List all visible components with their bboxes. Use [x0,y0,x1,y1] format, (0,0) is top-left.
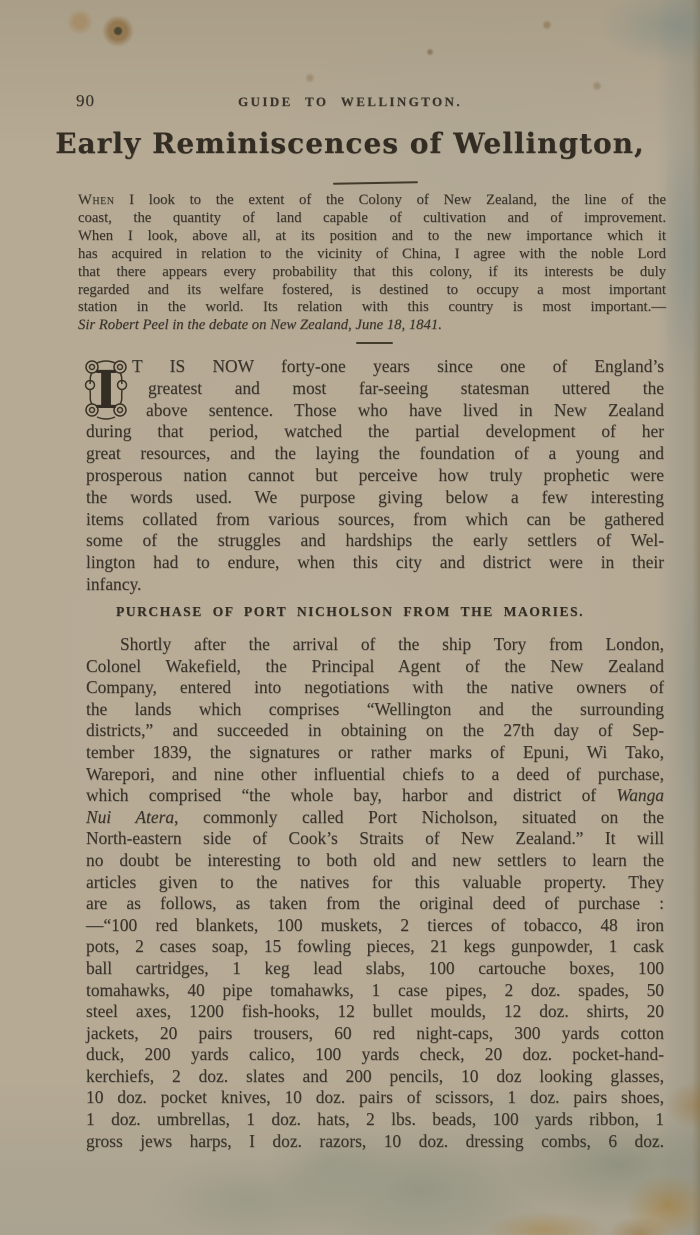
divider-rule [333,181,418,185]
text-line: station in the world. Its relation with … [78,299,666,317]
text-line: Nui Atera, commonly called Port Nicholso… [86,807,664,829]
text-line: regarded and its welfare fostered, is de… [78,282,666,300]
text-line: great resources, and the laying the foun… [86,443,664,465]
text-line: jackets, 20 pairs trousers, 60 red night… [86,1023,664,1045]
text-line: which comprised “the whole bay, harbor a… [86,785,664,807]
text-line: Colonel Wakefield, the Principal Agent o… [86,656,664,678]
quote-paragraph: When I look to the extent of the Colony … [78,192,666,335]
text-line: are as follows, as taken from the origin… [86,893,664,915]
text-line: some of the struggles and hardships the … [86,530,664,552]
text-line: tember 1839, the signatures or rather ma… [86,742,664,764]
text-line: gross jews harps, I doz. razors, 10 doz.… [86,1131,664,1153]
running-header: GUIDE TO WELLINGTON. [0,94,700,110]
text-line: no doubt be interesting to both old and … [86,850,664,872]
text-line: North-eastern side of Cook’s Straits of … [86,828,664,850]
text-line: tomahawks, 40 pipe tomahawks, 1 case pip… [86,980,664,1002]
text-line: the lands which comprises “Wellington an… [86,699,664,721]
text-line: Company, entered into negotiations with … [86,677,664,699]
text-line: items collated from various sources, fro… [86,509,664,531]
divider-rule [356,342,393,344]
text-line: —“100 red blankets, 100 muskets, 2 tierc… [86,915,664,937]
section-heading: PURCHASE OF PORT NICHOLSON FROM THE MAOR… [0,604,700,620]
text-line: greatest and most far-seeing statesman u… [86,378,664,400]
text-line: prosperous nation cannot but perceive ho… [86,465,664,487]
text-line: ball cartridges, 1 keg lead slabs, 100 c… [86,958,664,980]
text-line: pots, 2 cases soap, 15 fowling pieces, 2… [86,936,664,958]
text-line: that there appears every probability tha… [78,264,666,282]
text-line: steel axes, 1200 fish-hooks, 12 bullet m… [86,1001,664,1023]
text-line: When I look to the extent of the Colony … [78,192,666,210]
article-title: Early Reminiscences of Wellington, [0,127,700,160]
text-line: Sir Robert Peel in the debate on New Zea… [78,317,666,335]
purchase-paragraph: Shortly after the arrival of the ship To… [86,634,664,1152]
text-line: above sentence. Those who have lived in … [86,400,664,422]
text-line: lington had to endure, when this city an… [86,552,664,574]
text-line: 1 doz. umbrellas, 1 doz. hats, 2 lbs. be… [86,1109,664,1131]
text-line: the words used. We purpose giving below … [86,487,664,509]
text-line: has acquired in relation to the vicinity… [78,246,666,264]
text-line: Shortly after the arrival of the ship To… [86,634,664,656]
text-line: T IS NOW forty-one years since one of En… [86,356,664,378]
text-line: infancy. [86,574,664,596]
text-line: kerchiefs, 2 doz. slates and 200 pencils… [86,1066,664,1088]
text-line: 10 doz. pocket knives, 10 doz. pairs of … [86,1087,664,1109]
text-line: coast, the quantity of land capable of c… [78,210,666,228]
text-line: articles given to the natives for this v… [86,872,664,894]
book-page: 90 GUIDE TO WELLINGTON. Early Reminiscen… [0,0,700,1235]
text-line: Warepori, and nine other influential chi… [86,764,664,786]
opening-paragraph: T IS NOW forty-one years since one of En… [86,356,664,596]
text-line: districts,” and succeeded in obtaining o… [86,720,664,742]
text-line: When I look, above all, at its position … [78,228,666,246]
text-line: during that period, watched the partial … [86,421,664,443]
text-line: duck, 200 yards calico, 100 yards check,… [86,1044,664,1066]
